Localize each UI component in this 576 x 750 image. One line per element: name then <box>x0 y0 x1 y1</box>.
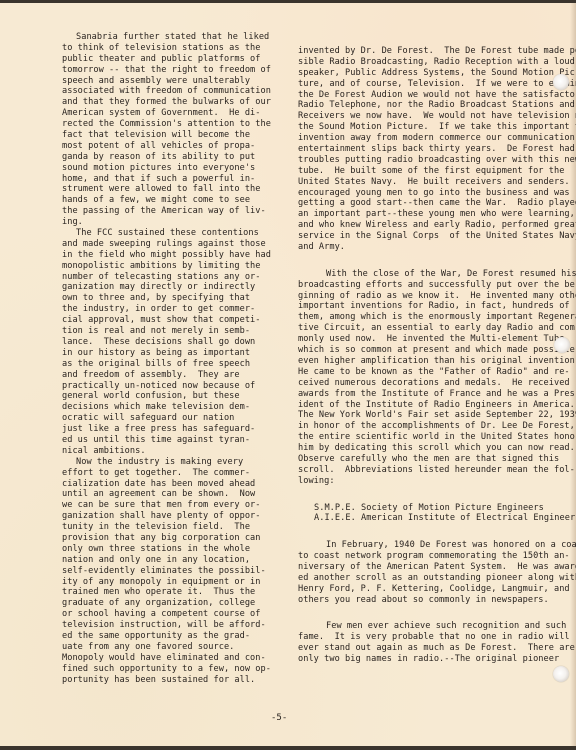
text-line: ganda by reason of its ability to put <box>62 152 271 163</box>
text-line: in honor of the accomplishments of Dr. L… <box>298 421 576 432</box>
text-line: uate from any one favored source. <box>62 642 271 653</box>
text-line: service in the Signal Corps of the Unite… <box>298 231 576 242</box>
text-line: Now the industry is making every <box>62 457 271 468</box>
text-line: fined such opportunity to a few, now op- <box>62 664 271 675</box>
text-line: ident of the Institute of Radio Engineer… <box>298 400 576 411</box>
text-line: ture, and of course, Television. If we w… <box>298 79 576 90</box>
text-line: Radio Telephone, nor the Radio Broadcast… <box>298 100 576 111</box>
text-line: most potent of all vehicles of propa- <box>62 141 271 152</box>
text-line: the De Forest Audion we would not have t… <box>298 90 576 101</box>
abbreviation-list: S.M.P.E. Society of Motion Picture Engin… <box>298 503 576 525</box>
paragraph-audion: invented by Dr. De Forest. The De Forest… <box>298 46 576 253</box>
left-column: Sanabria further stated that he likedto … <box>62 32 271 685</box>
text-line: public theater and public platforms of <box>62 54 271 65</box>
paragraph: The FCC sustained these contentionsand m… <box>62 228 271 457</box>
text-line: ginning of radio as we know it. He inven… <box>298 291 576 302</box>
text-line: hands of a few, we might come to see <box>62 195 271 206</box>
text-line: as the original bills of free speech <box>62 359 271 370</box>
text-line: strument were allowed to fall into the <box>62 184 271 195</box>
text-line: effort to get together. The commer- <box>62 468 271 479</box>
text-line: the industry, in order to get commer- <box>62 304 271 315</box>
paragraph-recognition: Few men ever achieve such recognition an… <box>298 621 576 665</box>
paragraph-gap <box>298 606 576 617</box>
text-line: and made sweeping rulings against those <box>62 239 271 250</box>
text-line: lance. These decisions shall go down <box>62 337 271 348</box>
text-line: ceived numerous decorations and medals. … <box>298 378 576 389</box>
text-line: to think of television stations as the <box>62 43 271 54</box>
text-line: sible Radio Broadcasting, Radio Receptio… <box>298 57 576 68</box>
punch-hole-middle <box>554 337 570 353</box>
text-line: ed another scroll as an outstanding pion… <box>298 573 576 584</box>
text-line: Receivers we now have. We would not have… <box>298 111 576 122</box>
text-line: Few men ever achieve such recognition an… <box>298 621 576 632</box>
text-line: ed us until this time against tyran- <box>62 435 271 446</box>
text-line: S.M.P.E. Society of Motion Picture Engin… <box>298 503 576 514</box>
text-line: ing. <box>62 217 271 228</box>
text-line: encouraged young men to go into the busi… <box>298 188 576 199</box>
text-line: them, among which is the enormously impo… <box>298 312 576 323</box>
text-line: Observe carefully who the men are that s… <box>298 454 576 465</box>
text-line: ocratic will safeguard our nation <box>62 413 271 424</box>
text-line: important inventions for Radio, in fact,… <box>298 301 576 312</box>
text-line: to coast network program commemorating t… <box>298 551 576 562</box>
text-line: and Army. <box>298 242 576 253</box>
text-line: others you read about so commonly in new… <box>298 595 576 606</box>
text-line: in our history as being as important <box>62 348 271 359</box>
text-line: awards from the Institute of France and … <box>298 389 576 400</box>
text-line: With the close of the War, De Forest res… <box>298 269 576 280</box>
text-line: ed the same opportunity as the grad- <box>62 631 271 642</box>
right-column: invented by Dr. De Forest. The De Forest… <box>298 46 576 665</box>
text-line: broadcasting efforts and successfully pu… <box>298 280 576 291</box>
text-line: troubles putting radio broadcasting over… <box>298 155 576 166</box>
text-line: or school having a competent course of <box>62 609 271 620</box>
text-line: and that they formed the bulwarks of our <box>62 97 271 108</box>
text-line: nical ambitions. <box>62 446 271 457</box>
text-line: The FCC sustained these contentions <box>62 228 271 239</box>
text-line: tive Circuit, an essential to early day … <box>298 323 576 334</box>
text-line: just like a free press has safeguard- <box>62 424 271 435</box>
text-line: monopolistic ambitions by limiting the <box>62 261 271 272</box>
text-line: only own three stations in the whole <box>62 544 271 555</box>
text-line: portunity has been sustained for all. <box>62 675 271 686</box>
text-line: ganization shall have plenty of oppor- <box>62 511 271 522</box>
text-line: getting a good start--then came the War.… <box>298 198 576 209</box>
text-line: A.I.E.E. American Institute of Electrica… <box>298 513 576 524</box>
text-line: ity of any monopoly in equipment or in <box>62 577 271 588</box>
text-line: television instruction, will be afford- <box>62 620 271 631</box>
text-line: In February, 1940 De Forest was honored … <box>298 540 576 551</box>
scan-bottom-edge <box>0 746 576 750</box>
text-line: only two big names in radio.--The origin… <box>298 654 576 665</box>
text-line: trained men who operate it. Thus the <box>62 587 271 598</box>
text-line: nation and only one in any location, <box>62 555 271 566</box>
paragraph-after-war: With the close of the War, De Forest res… <box>298 269 576 487</box>
text-line: The New York World's Fair set aside Sept… <box>298 410 576 421</box>
paragraph-gap <box>298 487 576 498</box>
text-line: the entire scientific world in the Unite… <box>298 432 576 443</box>
text-line: tunity in the television field. The <box>62 522 271 533</box>
text-line: self-evidently eliminates the possibil- <box>62 566 271 577</box>
paragraph-gap <box>298 253 576 264</box>
text-line: provision that any big corporation can <box>62 533 271 544</box>
punch-hole-top <box>553 74 569 90</box>
text-line: tomorrow -- that the right to freedom of <box>62 65 271 76</box>
text-line: invented by Dr. De Forest. The De Forest… <box>298 46 576 57</box>
text-line: tube. He built some of the first equipme… <box>298 166 576 177</box>
text-line: practically un-noticed now because of <box>62 381 271 392</box>
text-line: Monopoly would have eliminated and con- <box>62 653 271 664</box>
document-page: Sanabria further stated that he likedto … <box>0 3 576 746</box>
text-line: Sanabria further stated that he liked <box>62 32 271 43</box>
text-line: niversary of the American Patent System.… <box>298 562 576 573</box>
text-line: sound motion pictures into everyone's <box>62 163 271 174</box>
text-line: cialization date has been moved ahead <box>62 479 271 490</box>
text-line: associated with freedom of communication <box>62 86 271 97</box>
text-line: in the field who might possibly have had <box>62 250 271 261</box>
text-line: fame. It is very probable that no one in… <box>298 632 576 643</box>
text-line: and who knew Wireless and early Radio, p… <box>298 220 576 231</box>
text-line: general world confusion, but these <box>62 391 271 402</box>
text-line: Henry Ford, P. F. Kettering, Coolidge, L… <box>298 584 576 595</box>
text-line: even higher amplification than his origi… <box>298 356 576 367</box>
text-line: the passing of the American way of liv- <box>62 206 271 217</box>
text-line: entertainment slips back thirty years. D… <box>298 144 576 155</box>
paragraph-gap <box>298 524 576 535</box>
text-line: American system of Government. He di- <box>62 108 271 119</box>
paragraph: Sanabria further stated that he likedto … <box>62 32 271 228</box>
text-line: him by dedicating this scroll which you … <box>298 443 576 454</box>
text-line: invention away from modern commerce our … <box>298 133 576 144</box>
text-line: fact that television will become the <box>62 130 271 141</box>
paragraph-patent-honor: In February, 1940 De Forest was honored … <box>298 540 576 605</box>
text-line: number of telecasting stations any or- <box>62 272 271 283</box>
text-line: home, and that if such a powerful in- <box>62 174 271 185</box>
text-line: ganization may directly or indirectly <box>62 282 271 293</box>
text-line: which is so common at present and which … <box>298 345 576 356</box>
text-line: speaker, Public Address Systems, the Sou… <box>298 68 576 79</box>
text-line: He came to be known as the "Father of Ra… <box>298 367 576 378</box>
text-line: cial approval, must show that competi- <box>62 315 271 326</box>
text-line: speech and assembly were unalterably <box>62 76 271 87</box>
page-number: -5- <box>271 713 287 723</box>
punch-hole-bottom <box>553 666 569 682</box>
text-line: scroll. Abbreviations listed hereunder m… <box>298 465 576 476</box>
text-line: until an agreement can be shown. Now <box>62 489 271 500</box>
text-line: tion is real and not merely in semb- <box>62 326 271 337</box>
text-line: decisions which make television dem- <box>62 402 271 413</box>
text-line: ever stand out again as much as De Fores… <box>298 643 576 654</box>
text-line: own to three and, by specifying that <box>62 293 271 304</box>
text-line: and freedom of assembly. They are <box>62 370 271 381</box>
text-line: the Sound Motion Picture. If we take thi… <box>298 122 576 133</box>
text-line: rected the Commission's attention to the <box>62 119 271 130</box>
text-line: an important part--these young men who w… <box>298 209 576 220</box>
text-line: we can be sure that men from every or- <box>62 500 271 511</box>
text-line: monly used now. He invented the Multi-el… <box>298 334 576 345</box>
text-line: lowing: <box>298 476 576 487</box>
text-line: graduate of any organization, college <box>62 598 271 609</box>
paragraph: Now the industry is making everyeffort t… <box>62 457 271 686</box>
text-line: United States Navy. He built receivers a… <box>298 177 576 188</box>
